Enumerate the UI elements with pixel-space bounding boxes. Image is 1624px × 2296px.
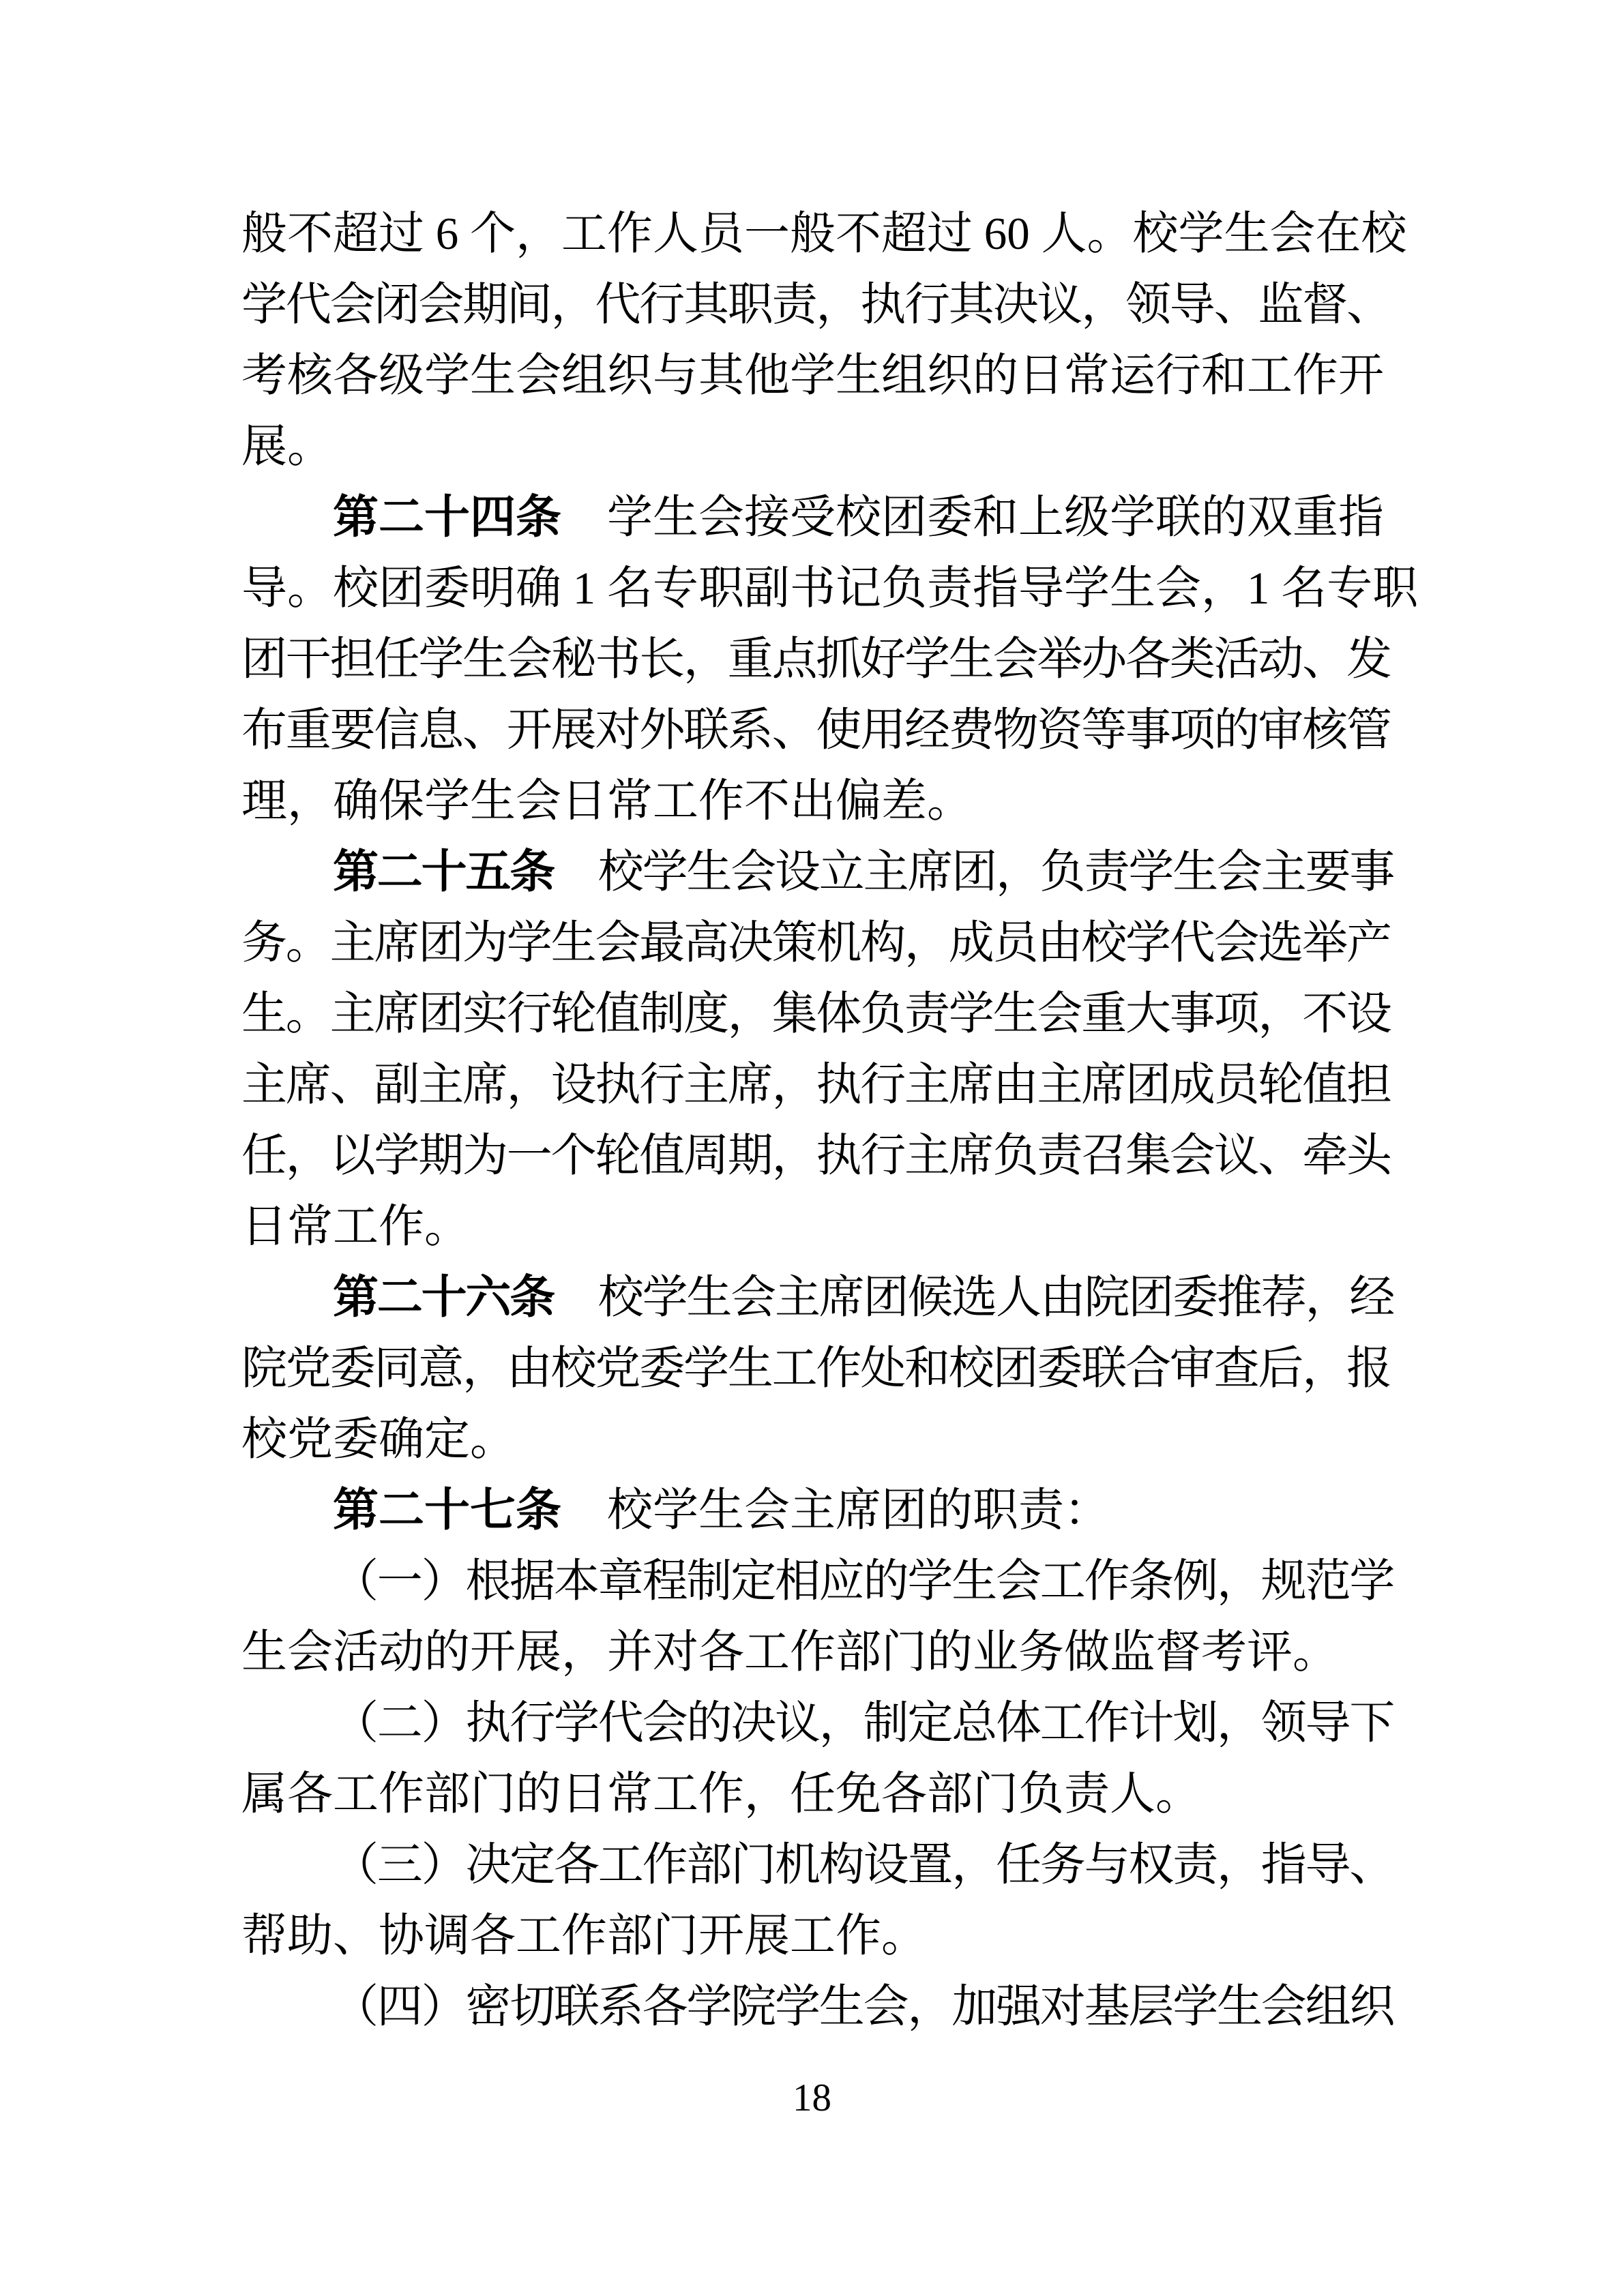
text-line: 第二十六条 校学生会主席团候选人由院团委推荐，经	[241, 1262, 1396, 1333]
text-line: 第二十四条 学生会接受校团委和上级学联的双重指	[241, 482, 1396, 553]
document-text: 般不超过 6 个，工作人员一般不超过 60 人。校学生会在校 学代会闭会期间，代…	[241, 198, 1396, 2042]
text-line: 第二十七条 校学生会主席团的职责：	[241, 1475, 1396, 1546]
article-text: 校学生会设立主席团，负责学生会主要事	[554, 847, 1393, 897]
article-number: 第二十六条	[333, 1272, 554, 1323]
article-number: 第二十五条	[333, 847, 554, 897]
paragraph-article-24: 第二十四条 学生会接受校团委和上级学联的双重指 导。校团委明确 1 名专职副书记…	[241, 482, 1396, 837]
text-line: 院党委同意，由校党委学生工作处和校团委联合审查后，报	[241, 1333, 1396, 1404]
page-number: 18	[0, 2077, 1624, 2119]
article-number: 第二十四条	[333, 492, 561, 543]
article-text: 学生会接受校团委和上级学联的双重指	[561, 492, 1384, 543]
text-line: 生会活动的开展，并对各工作部门的业务做监督考评。	[241, 1617, 1396, 1688]
text-line: 团干担任学生会秘书长，重点抓好学生会举办各类活动、发	[241, 624, 1396, 695]
paragraph-article-25: 第二十五条 校学生会设立主席团，负责学生会主要事 务。主席团为学生会最高决策机构…	[241, 837, 1396, 1262]
text-line: 帮助、协调各工作部门开展工作。	[241, 1900, 1396, 1971]
paragraph-item-4: （四）密切联系各学院学生会，加强对基层学生会组织	[241, 1971, 1396, 2042]
text-line: （三）决定各工作部门机构设置，任务与权责，指导、	[241, 1830, 1396, 1900]
text-line: 生。主席团实行轮值制度，集体负责学生会重大事项，不设	[241, 979, 1396, 1049]
paragraph-item-2: （二）执行学代会的决议，制定总体工作计划，领导下 属各工作部门的日常工作，任免各…	[241, 1688, 1396, 1830]
text-line: 考核各级学生会组织与其他学生组织的日常运行和工作开	[241, 340, 1396, 411]
paragraph-article-26: 第二十六条 校学生会主席团候选人由院团委推荐，经 院党委同意，由校党委学生工作处…	[241, 1262, 1396, 1475]
text-line: 校党委确定。	[241, 1404, 1396, 1475]
text-line: （四）密切联系各学院学生会，加强对基层学生会组织	[241, 1971, 1396, 2042]
text-line: 学代会闭会期间，代行其职责，执行其决议，领导、监督、	[241, 269, 1396, 340]
text-line: 布重要信息、开展对外联系、使用经费物资等事项的审核管	[241, 695, 1396, 766]
article-text: 校学生会主席团的职责：	[561, 1485, 1110, 1536]
text-line: 务。主席团为学生会最高决策机构，成员由校学代会选举产	[241, 908, 1396, 979]
text-line: 导。校团委明确 1 名专职副书记负责指导学生会，1 名专职	[241, 553, 1396, 624]
article-text: 校学生会主席团候选人由院团委推荐，经	[554, 1272, 1393, 1323]
text-line: 理，确保学生会日常工作不出偏差。	[241, 766, 1396, 837]
paragraph-item-1: （一）根据本章程制定相应的学生会工作条例，规范学 生会活动的开展，并对各工作部门…	[241, 1546, 1396, 1688]
text-line: 般不超过 6 个，工作人员一般不超过 60 人。校学生会在校	[241, 198, 1396, 269]
text-line: 日常工作。	[241, 1191, 1396, 1262]
paragraph-continuation: 般不超过 6 个，工作人员一般不超过 60 人。校学生会在校 学代会闭会期间，代…	[241, 198, 1396, 482]
text-line: 任，以学期为一个轮值周期，执行主席负责召集会议、牵头	[241, 1120, 1396, 1191]
paragraph-item-3: （三）决定各工作部门机构设置，任务与权责，指导、 帮助、协调各工作部门开展工作。	[241, 1830, 1396, 1971]
text-line: 展。	[241, 411, 1396, 482]
text-line: 主席、副主席，设执行主席，执行主席由主席团成员轮值担	[241, 1049, 1396, 1120]
article-number: 第二十七条	[333, 1485, 561, 1536]
text-line: 属各工作部门的日常工作，任免各部门负责人。	[241, 1759, 1396, 1830]
paragraph-article-27: 第二十七条 校学生会主席团的职责：	[241, 1475, 1396, 1546]
text-line: （二）执行学代会的决议，制定总体工作计划，领导下	[241, 1688, 1396, 1759]
document-page: 般不超过 6 个，工作人员一般不超过 60 人。校学生会在校 学代会闭会期间，代…	[0, 0, 1624, 2296]
text-line: （一）根据本章程制定相应的学生会工作条例，规范学	[241, 1546, 1396, 1617]
text-line: 第二十五条 校学生会设立主席团，负责学生会主要事	[241, 837, 1396, 908]
